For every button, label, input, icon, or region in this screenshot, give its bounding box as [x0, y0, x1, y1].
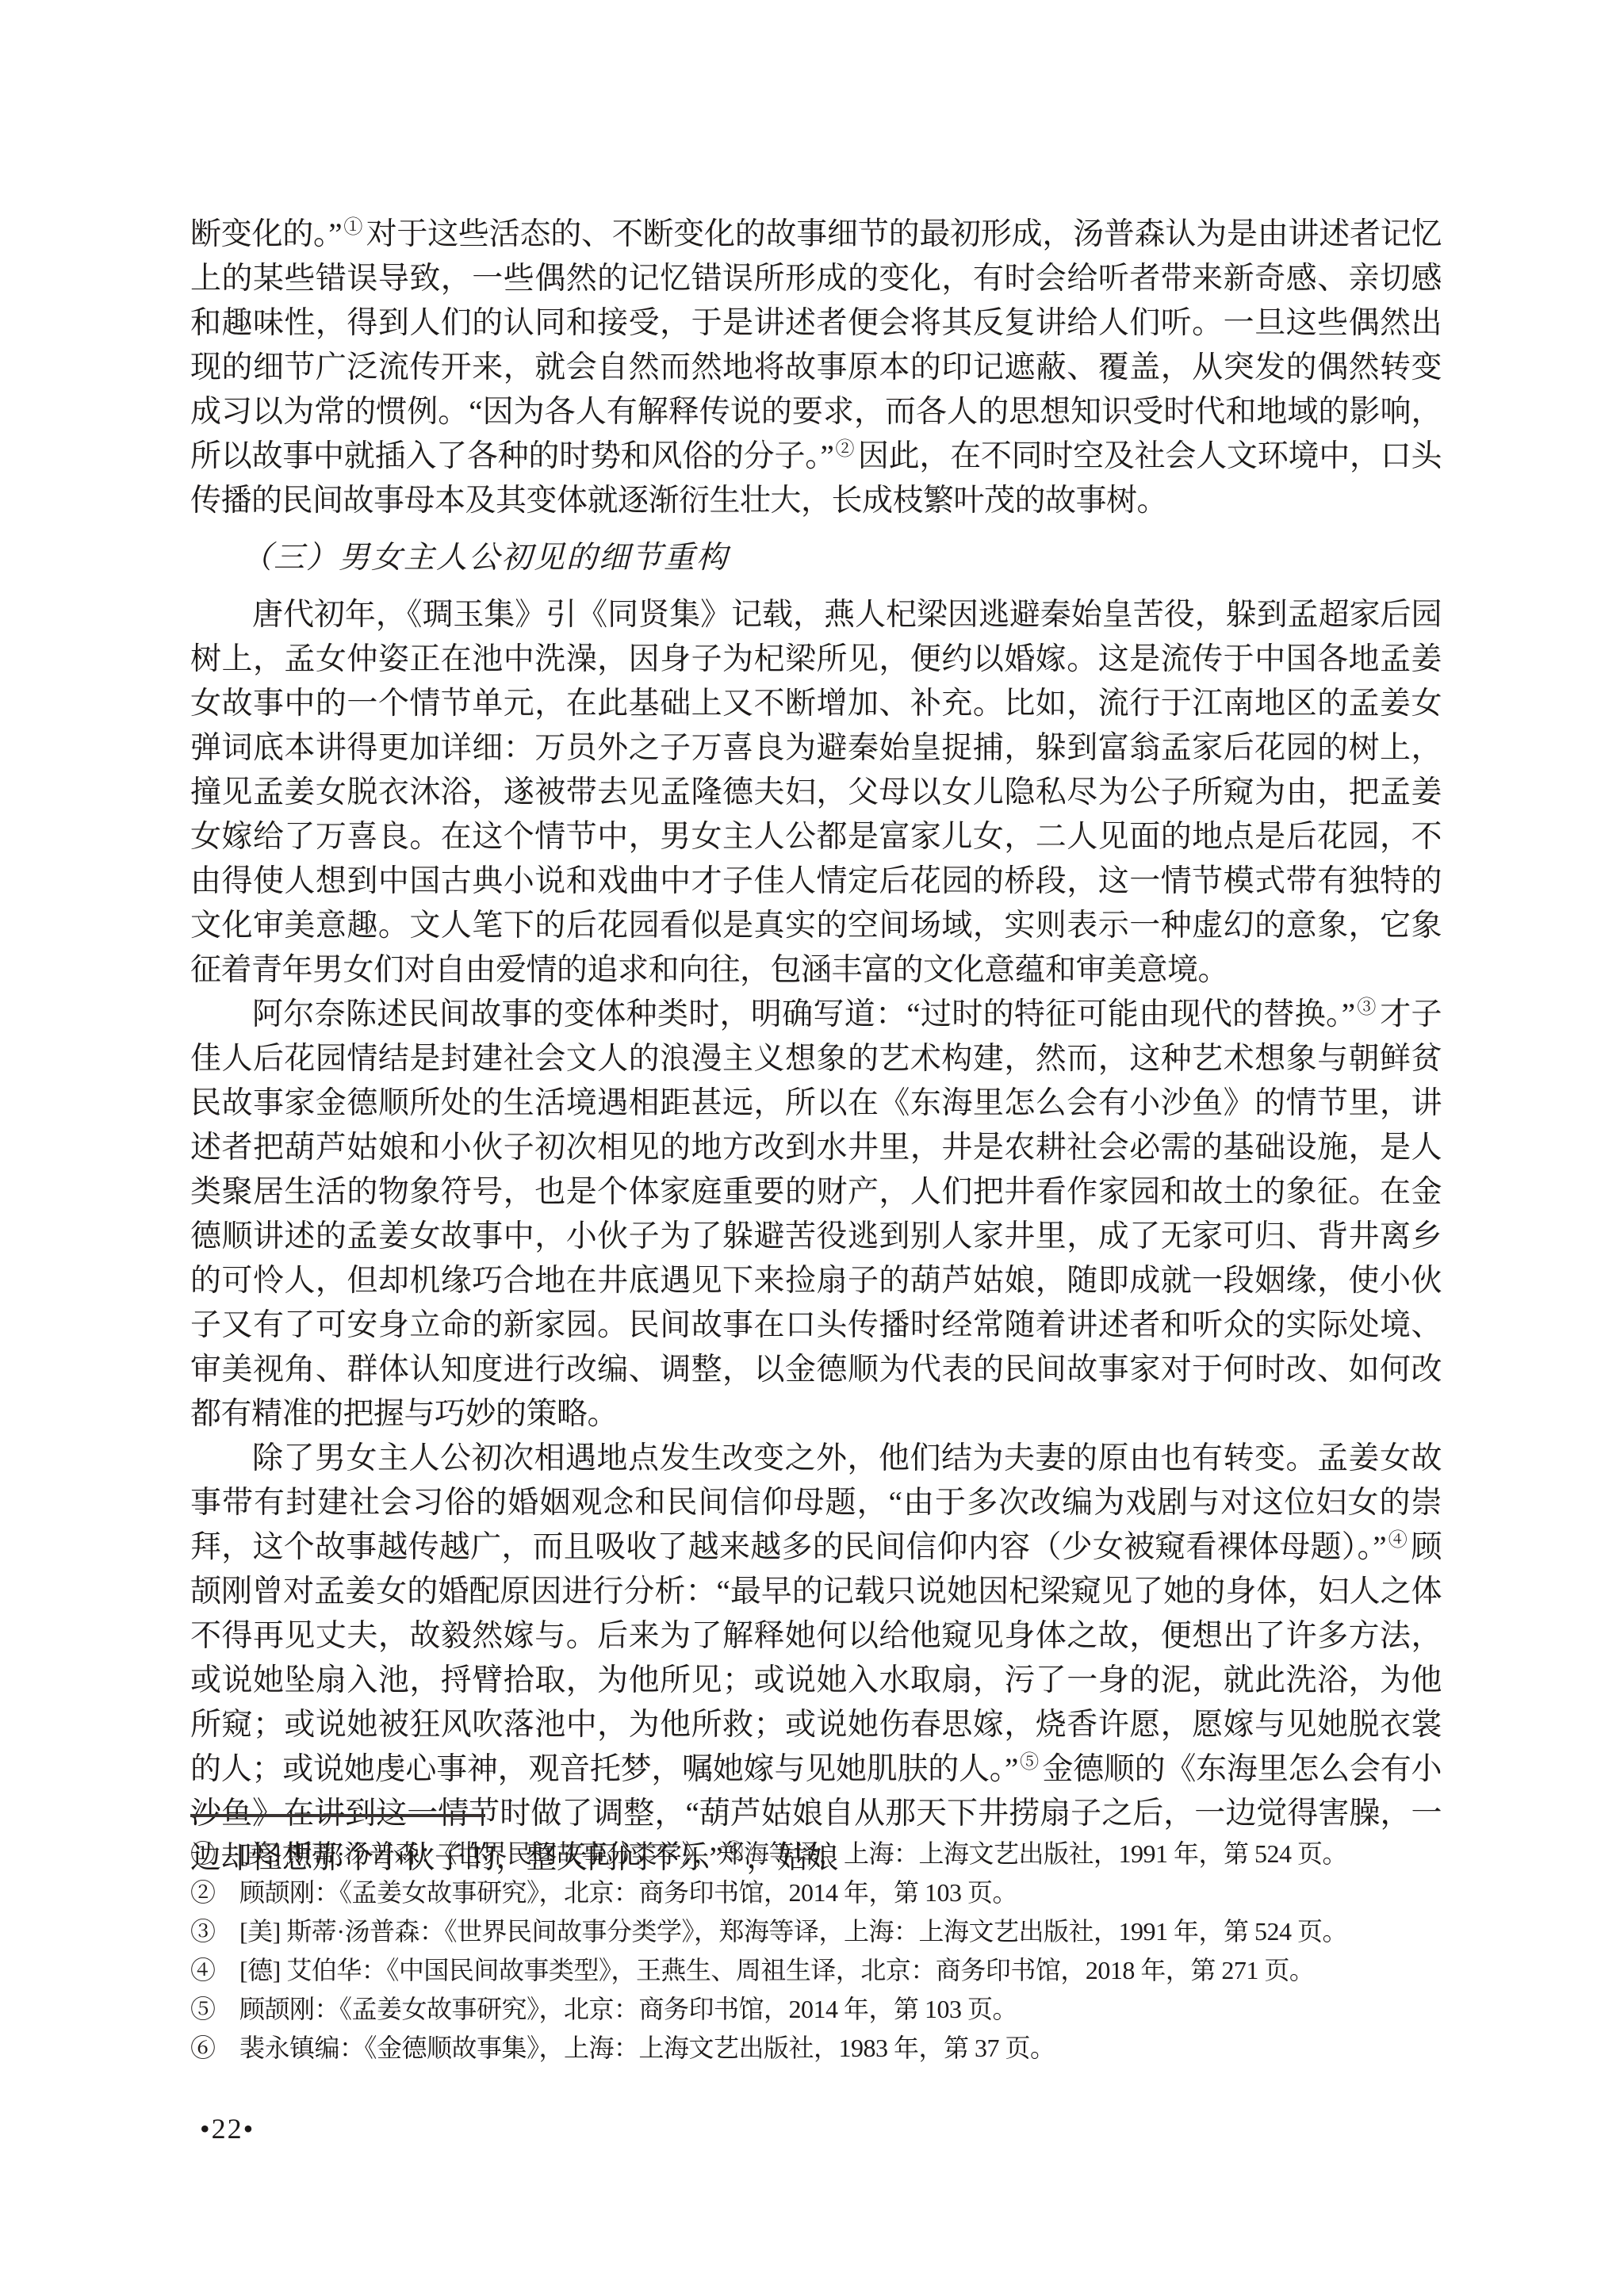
footnote-marker: ④ — [190, 1951, 239, 1990]
footnote-item: ⑤顾颉刚：《孟姜女故事研究》，北京：商务印书馆，2014 年，第 103 页。 — [190, 1990, 1442, 2029]
footnote-marker: ⑤ — [190, 1990, 239, 2029]
footnote-marker: ③ — [190, 1912, 239, 1951]
footnote-item: ③[美] 斯蒂·汤普森：《世界民间故事分类学》，郑海等译，上海：上海文艺出版社，… — [190, 1912, 1442, 1951]
footnote-marker: ⑥ — [190, 2029, 239, 2068]
footnote-separator — [190, 1814, 485, 1817]
footnote-ref: ② — [835, 439, 855, 460]
footnotes-section: ①[美] 斯蒂·汤普森：《世界民间故事分类学》，郑海等译，上海：上海文艺出版社，… — [190, 1814, 1442, 2068]
footnote-item: ①[美] 斯蒂·汤普森：《世界民间故事分类学》，郑海等译，上海：上海文艺出版社，… — [190, 1835, 1442, 1873]
page-number: •22• — [200, 2112, 255, 2145]
footnote-text: [德] 艾伯华：《中国民间故事类型》，王燕生、周祖生译，北京：商务印书馆，201… — [239, 1951, 1442, 1990]
footnote-item: ⑥裴永镇编：《金德顺故事集》，上海：上海文艺出版社，1983 年，第 37 页。 — [190, 2029, 1442, 2068]
footnote-list: ①[美] 斯蒂·汤普森：《世界民间故事分类学》，郑海等译，上海：上海文艺出版社，… — [190, 1835, 1442, 2068]
footnote-text: [美] 斯蒂·汤普森：《世界民间故事分类学》，郑海等译，上海：上海文艺出版社，1… — [239, 1835, 1442, 1873]
document-page: 断变化的。”①对于这些活态的、不断变化的故事细节的最初形成，汤普森认为是由讲述者… — [0, 0, 1624, 2296]
footnote-ref: ① — [343, 217, 363, 238]
footnote-item: ②顾颉刚：《孟姜女故事研究》，北京：商务印书馆，2014 年，第 103 页。 — [190, 1873, 1442, 1912]
body-paragraph: 阿尔奈陈述民间故事的变体种类时，明确写道：“过时的特征可能由现代的替换。”③才子… — [190, 993, 1442, 1437]
footnote-text: 顾颉刚：《孟姜女故事研究》，北京：商务印书馆，2014 年，第 103 页。 — [239, 1873, 1442, 1912]
section-heading: （三）男女主人公初见的细节重构 — [190, 536, 1442, 580]
footnote-item: ④[德] 艾伯华：《中国民间故事类型》，王燕生、周祖生译，北京：商务印书馆，20… — [190, 1951, 1442, 1990]
footnote-marker: ② — [190, 1873, 239, 1912]
footnote-ref: ④ — [1388, 1530, 1408, 1551]
body-paragraph: 唐代初年，《琱玉集》引《同贤集》记载，燕人杞梁因逃避秦始皇苦役，躲到孟超家后园树… — [190, 593, 1442, 993]
footnote-ref: ③ — [1357, 997, 1377, 1018]
footnote-ref: ⑤ — [1020, 1752, 1040, 1773]
footnote-marker: ① — [190, 1835, 239, 1873]
body-paragraph: 断变化的。”①对于这些活态的、不断变化的故事细节的最初形成，汤普森认为是由讲述者… — [190, 212, 1442, 523]
footnote-text: 裴永镇编：《金德顺故事集》，上海：上海文艺出版社，1983 年，第 37 页。 — [239, 2029, 1442, 2068]
body-text: 断变化的。”①对于这些活态的、不断变化的故事细节的最初形成，汤普森认为是由讲述者… — [190, 212, 1442, 1881]
footnote-text: [美] 斯蒂·汤普森：《世界民间故事分类学》，郑海等译，上海：上海文艺出版社，1… — [239, 1912, 1442, 1951]
footnote-text: 顾颉刚：《孟姜女故事研究》，北京：商务印书馆，2014 年，第 103 页。 — [239, 1990, 1442, 2029]
